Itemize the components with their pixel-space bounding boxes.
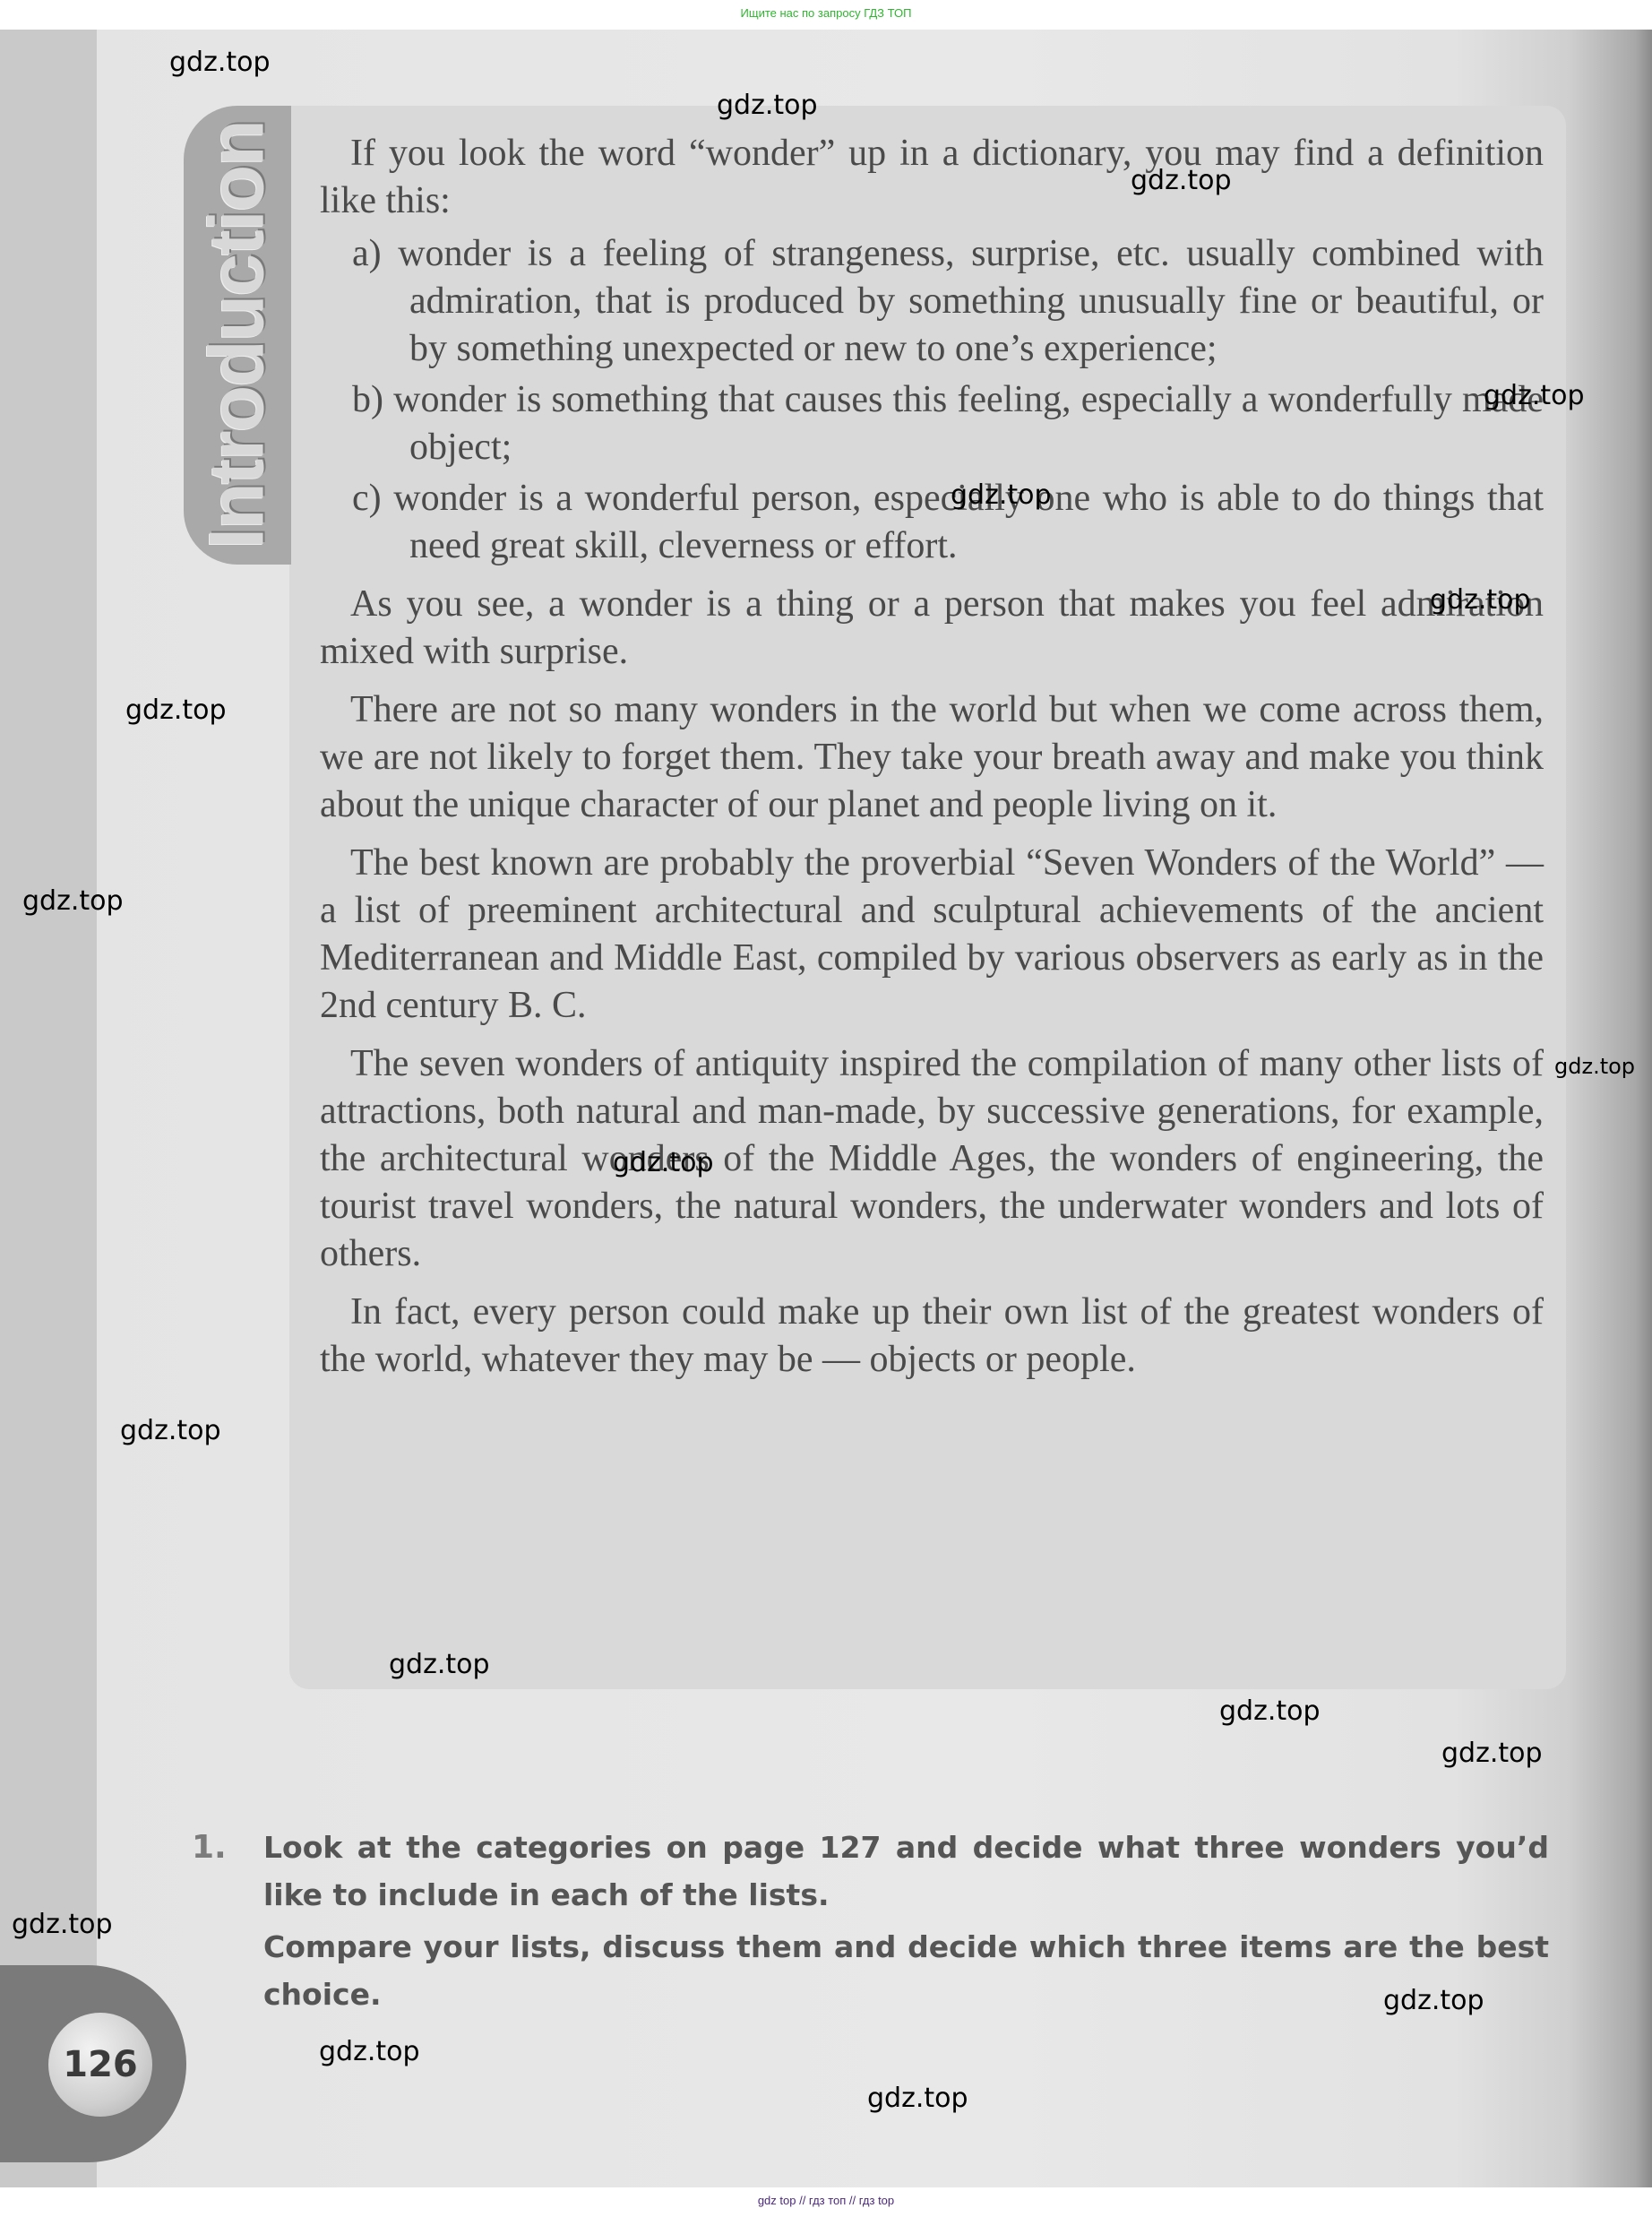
watermark: gdz.top bbox=[12, 1909, 113, 1940]
watermark: gdz.top bbox=[1430, 584, 1531, 616]
top-banner-text[interactable]: Ищите нас по запросу ГДЗ ТОП bbox=[741, 6, 912, 20]
definition-item: b) wonder is something that causes this … bbox=[320, 376, 1544, 471]
paragraph: If you look the word “wonder” up in a di… bbox=[320, 130, 1544, 225]
definition-item: c) wonder is a wonderful person, especia… bbox=[320, 475, 1544, 570]
page-number: 126 bbox=[63, 2044, 138, 2085]
paragraph: The best known are probably the proverbi… bbox=[320, 840, 1544, 1030]
watermark: gdz.top bbox=[951, 479, 1052, 511]
watermark: gdz.top bbox=[169, 47, 271, 78]
bottom-banner: gdz top // гдз топ // гдз top bbox=[0, 2187, 1652, 2217]
watermark: gdz.top bbox=[867, 2083, 968, 2114]
exercise-body: Look at the categories on page 127 and d… bbox=[263, 1824, 1549, 2018]
watermark: gdz.top bbox=[613, 1147, 714, 1178]
exercise-1: 1. Look at the categories on page 127 an… bbox=[192, 1824, 1549, 2023]
introduction-tab: Introduction bbox=[184, 106, 291, 565]
exercise-number: 1. bbox=[192, 1824, 245, 1871]
watermark: gdz.top bbox=[125, 694, 227, 726]
bottom-banner-text[interactable]: gdz top // гдз топ // гдз top bbox=[758, 2194, 894, 2207]
page-margin-strip bbox=[0, 30, 97, 2187]
watermark: gdz.top bbox=[1219, 1695, 1321, 1727]
page-number-badge: 126 bbox=[48, 2013, 152, 2117]
section-title: Introduction bbox=[194, 121, 282, 549]
watermark: gdz.top bbox=[1554, 1054, 1635, 1079]
watermark: gdz.top bbox=[1484, 380, 1585, 411]
exercise-instruction: Compare your lists, discuss them and dec… bbox=[263, 1923, 1549, 2018]
definition-item: a) wonder is a feeling of strangeness, s… bbox=[320, 230, 1544, 373]
watermark: gdz.top bbox=[22, 885, 124, 917]
watermark: gdz.top bbox=[1441, 1738, 1543, 1769]
watermark: gdz.top bbox=[319, 2036, 420, 2067]
paragraph: In fact, every person could make up thei… bbox=[320, 1289, 1544, 1384]
watermark: gdz.top bbox=[717, 90, 818, 121]
watermark: gdz.top bbox=[389, 1649, 490, 1680]
paragraph: There are not so many wonders in the wor… bbox=[320, 686, 1544, 829]
watermark: gdz.top bbox=[120, 1415, 221, 1446]
paragraph: As you see, a wonder is a thing or a per… bbox=[320, 581, 1544, 676]
watermark: gdz.top bbox=[1383, 1985, 1484, 2016]
introduction-text: If you look the word “wonder” up in a di… bbox=[320, 130, 1544, 1394]
paragraph: The seven wonders of antiquity inspired … bbox=[320, 1040, 1544, 1278]
definition-list: a) wonder is a feeling of strangeness, s… bbox=[320, 230, 1544, 570]
watermark: gdz.top bbox=[1131, 165, 1232, 196]
top-banner: Ищите нас по запросу ГДЗ ТОП bbox=[0, 0, 1652, 30]
exercise-instruction: Look at the categories on page 127 and d… bbox=[263, 1824, 1549, 1919]
